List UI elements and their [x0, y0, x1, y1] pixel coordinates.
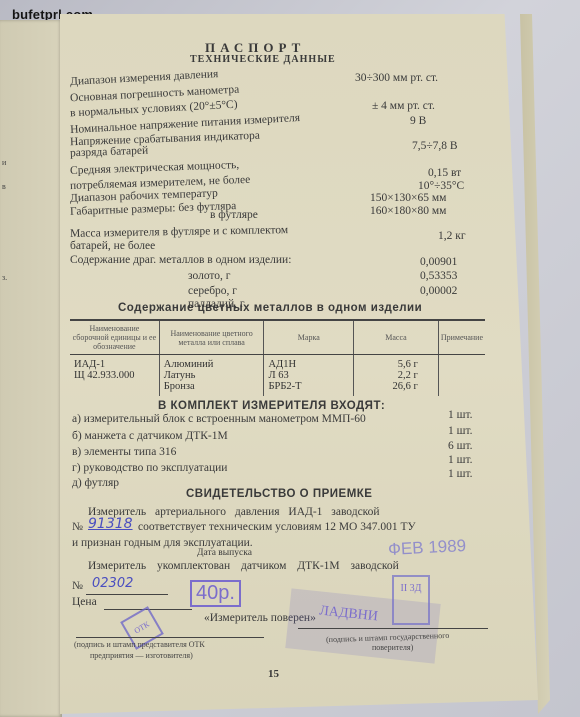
date-stamp: ФЕВ 1989 — [388, 536, 467, 560]
kit-item: д) футляр — [72, 477, 119, 489]
metal-mass: 5,6 г — [358, 359, 418, 370]
kit-item: г) руководство по эксплуатации — [72, 462, 227, 474]
unit-cell: ИАД-1 Щ 42.933.000 — [70, 355, 159, 397]
number-prefix: № — [72, 580, 83, 592]
spec-value: 0,53353 — [420, 270, 457, 282]
spec-label: батарей, не более — [70, 240, 155, 252]
certificate-line-4: Измеритель укомплектован датчиком ДТК-1М… — [88, 560, 399, 572]
left-page-fragment: и — [2, 158, 6, 167]
metals-table: Наименование сборочной единицы и ее обоз… — [70, 319, 485, 396]
spec-value: 7,5÷7,8 В — [412, 140, 458, 152]
column-header: Наименование цветного металла или сплава — [159, 320, 264, 355]
left-page-fragment: в — [2, 182, 6, 191]
price-label: Цена — [72, 596, 97, 608]
column-header: Наименование сборочной единицы и ее обоз… — [70, 320, 159, 355]
metal-name: Бронза — [164, 381, 260, 392]
spec-label: золото, г — [188, 270, 231, 282]
kit-qty: 1 шт. — [448, 409, 473, 421]
spec-value: 0,15 вт — [428, 167, 461, 179]
kit-qty: 6 шт. — [448, 440, 473, 452]
release-date-label: Дата выпуска — [197, 548, 252, 558]
spec-value: 0,00002 — [420, 285, 457, 297]
left-page-fragment: з. — [2, 273, 7, 282]
spec-value: 9 В — [410, 115, 426, 127]
unit-code: Щ 42.933.000 — [74, 370, 155, 381]
sensor-number-handwritten: 02302 — [92, 576, 133, 591]
metal-cell: Алюминий Латунь Бронза — [159, 355, 264, 397]
column-header: Марка — [264, 320, 354, 355]
state-caption: поверителя) — [372, 643, 413, 652]
kit-qty: 1 шт. — [448, 454, 473, 466]
grade-cell: АД1Н Л 63 БРБ2-Т — [264, 355, 354, 397]
spec-value: 1,2 кг — [438, 230, 466, 242]
column-header: Масса — [354, 320, 439, 355]
left-page: и в з. — [0, 20, 62, 717]
spec-value: 0,00901 — [420, 256, 457, 268]
price-stamp: 40р. — [190, 580, 241, 607]
kit-heading: В КОМПЛЕКТ ИЗМЕРИТЕЛЯ ВХОДЯТ: — [158, 400, 385, 412]
kit-qty: 1 шт. — [448, 425, 473, 437]
otk-caption: предприятия — изготовителя) — [90, 651, 193, 660]
unit-name: ИАД-1 — [74, 359, 155, 370]
serial-number-handwritten: 91318 — [88, 516, 133, 532]
state-signature-line — [298, 628, 488, 629]
spec-value: 150×130×65 мм — [370, 192, 446, 204]
spec-label: в футляре — [210, 209, 258, 221]
metal-name: Алюминий — [164, 359, 260, 370]
kit-item: б) манжета с датчиком ДТК-1М — [72, 430, 228, 442]
box-stamp: II 3Д — [392, 575, 430, 625]
sensor-number-line — [86, 594, 168, 595]
certificate-line-2: соответствует техническим условиям 12 МО… — [138, 521, 416, 533]
number-prefix: № — [72, 521, 83, 533]
kit-item: в) элементы типа 316 — [72, 446, 176, 458]
certificate-heading: СВИДЕТЕЛЬСТВО О ПРИЕМКЕ — [186, 488, 372, 500]
metal-mass: 26,6 г — [358, 381, 418, 392]
spec-value: 30÷300 мм рт. ст. — [355, 72, 438, 84]
spec-value: 160×180×80 мм — [370, 205, 446, 217]
spec-label: серебро, г — [188, 285, 237, 297]
kit-qty: 1 шт. — [448, 468, 473, 480]
page-number: 15 — [268, 668, 279, 680]
otk-signature-line — [76, 637, 264, 638]
metal-grade: Л 63 — [268, 370, 349, 381]
spec-value: 10°÷35°С — [418, 180, 464, 192]
table-row: ИАД-1 Щ 42.933.000 Алюминий Латунь Бронз… — [70, 355, 485, 397]
metal-mass: 2,2 г — [358, 370, 418, 381]
column-header: Примечание — [438, 320, 485, 355]
note-cell — [438, 355, 485, 397]
spec-label: Содержание драг. металлов в одном издели… — [70, 254, 291, 266]
spec-value: ± 4 мм рт. ст. — [372, 100, 435, 112]
metal-name: Латунь — [164, 370, 260, 381]
kit-item: а) измерительный блок с встроенным маном… — [72, 413, 366, 425]
otk-caption: (подпись и штамп представителя ОТК — [74, 640, 205, 649]
page-subtitle: ТЕХНИЧЕСКИЕ ДАННЫЕ — [190, 54, 336, 65]
metal-grade: БРБ2-Т — [268, 381, 349, 392]
metal-grade: АД1Н — [268, 359, 349, 370]
metals-heading: Содержание цветных металлов в одном изде… — [118, 302, 422, 314]
mass-cell: 5,6 г 2,2 г 26,6 г — [354, 355, 439, 397]
